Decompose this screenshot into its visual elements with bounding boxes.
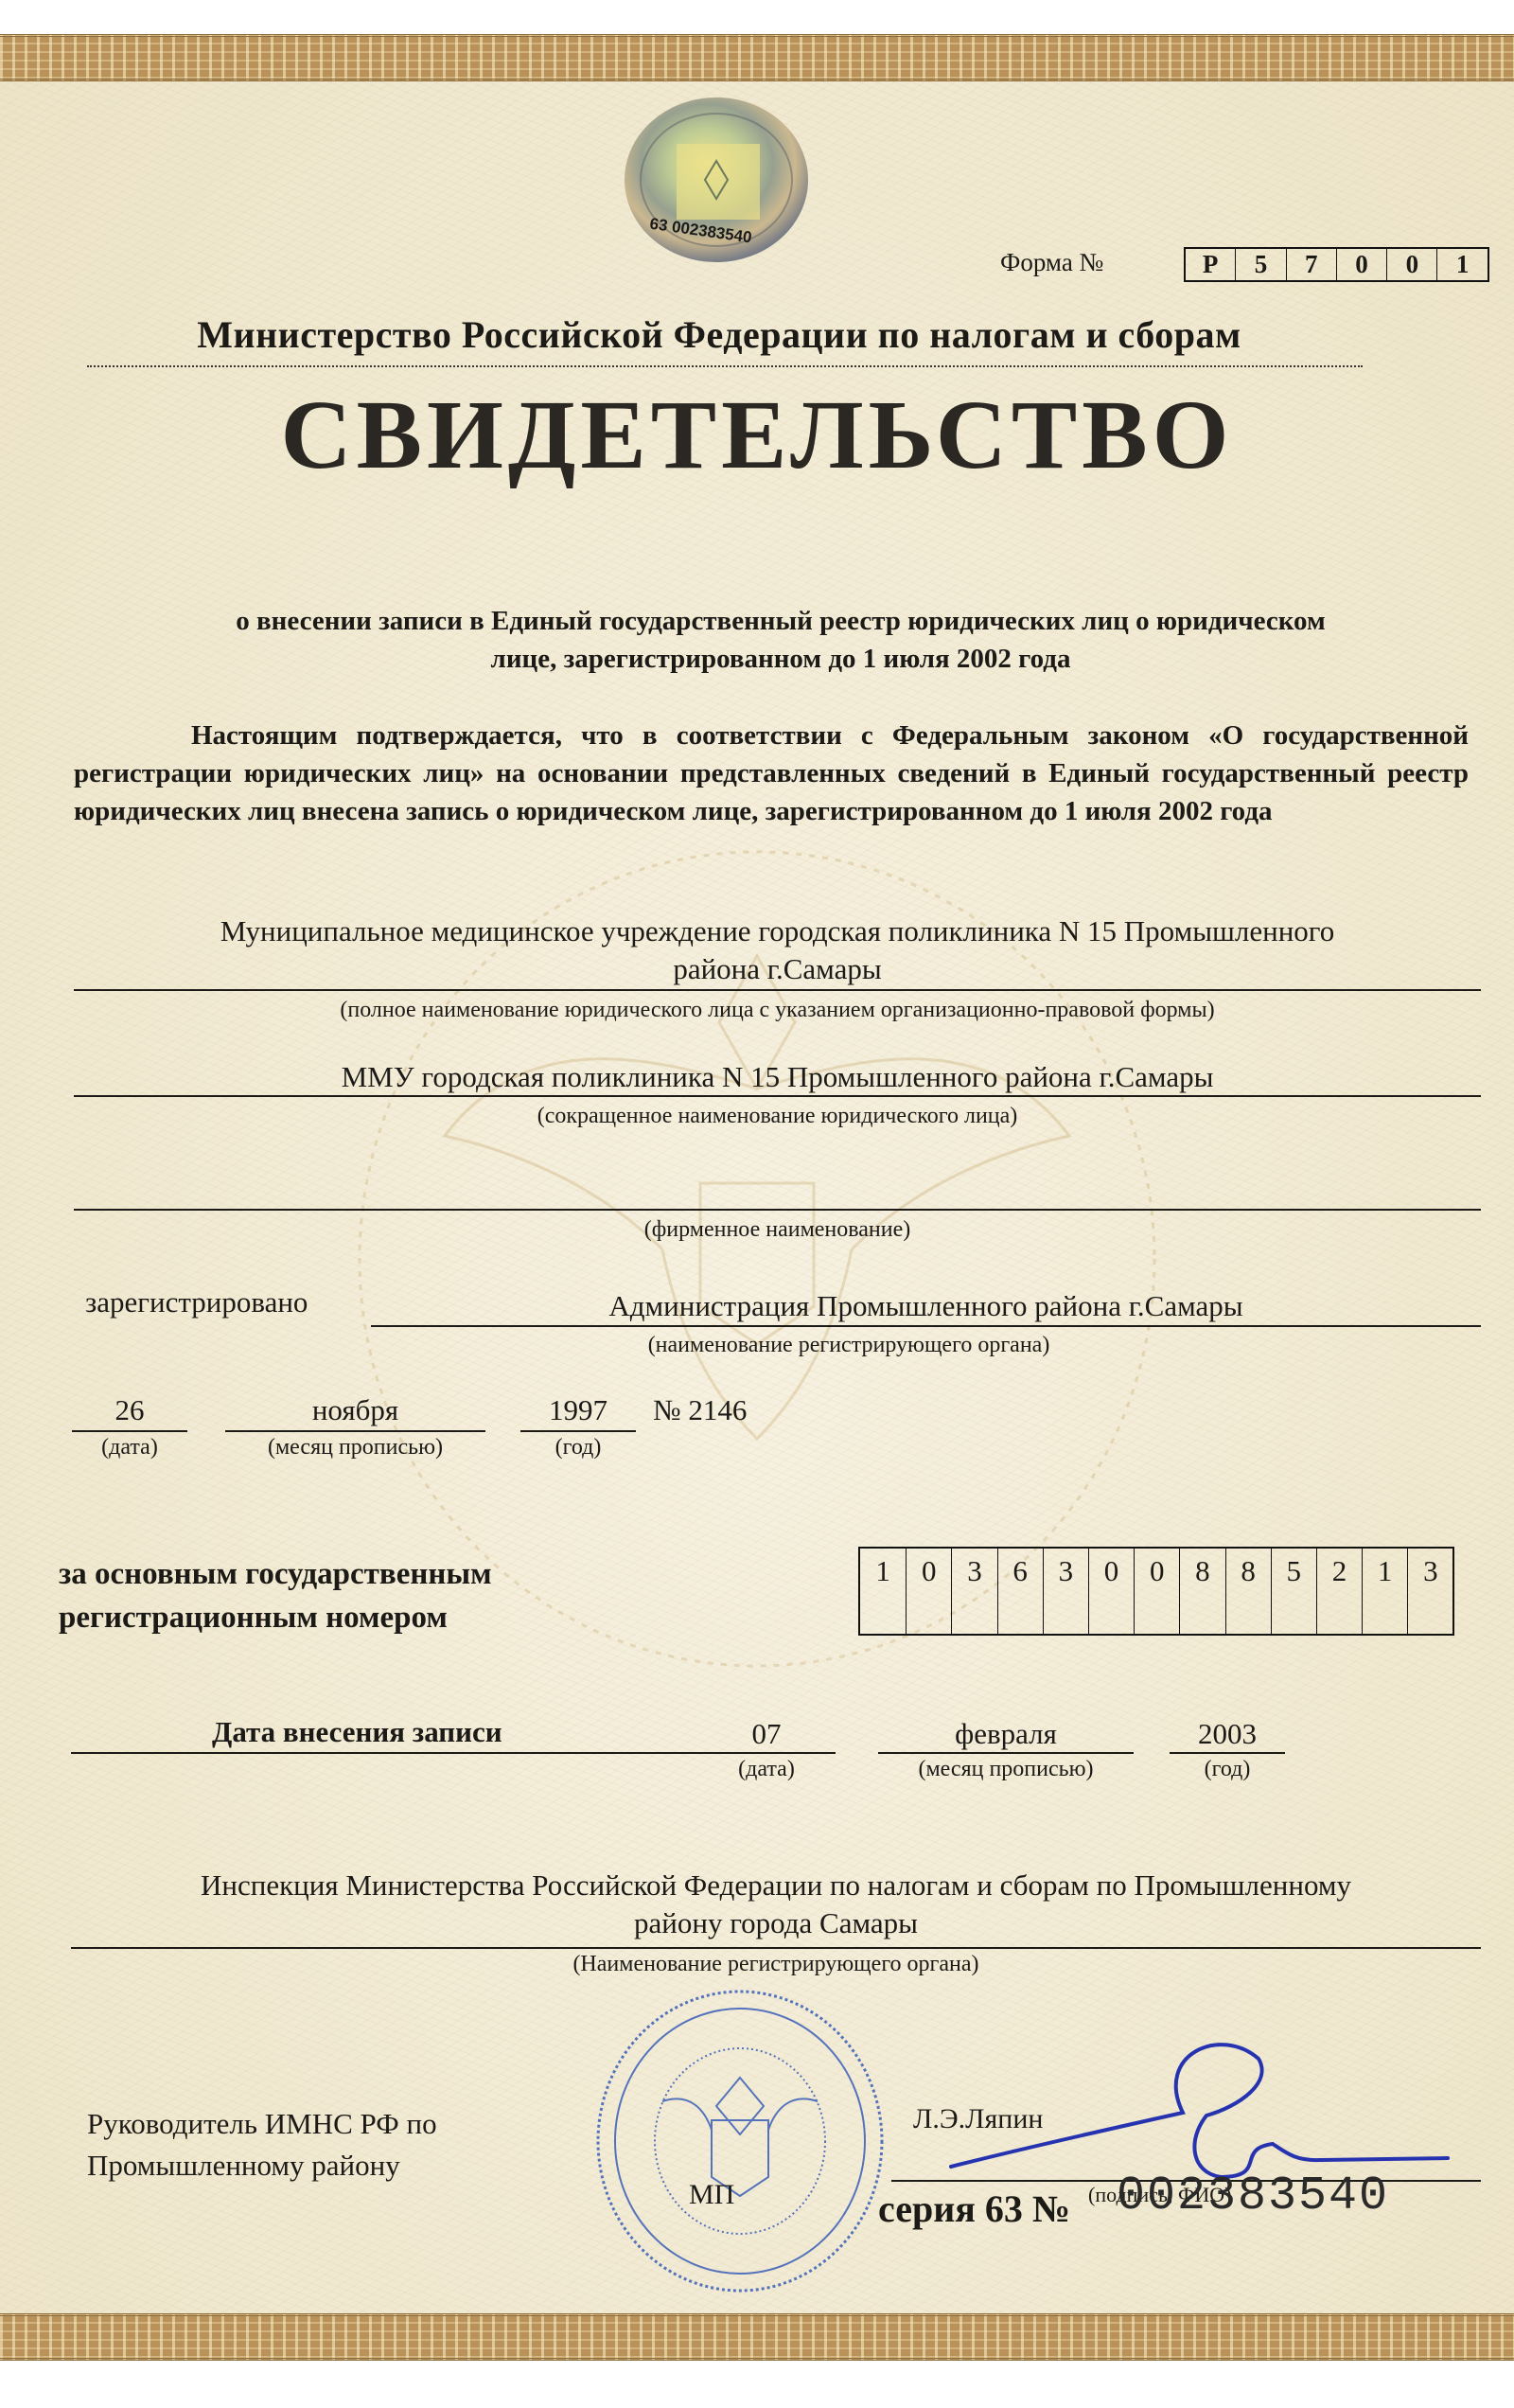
short-name-caption: (сокращенное наименование юридического л… bbox=[74, 1104, 1481, 1129]
short-name-field: ММУ городская поликлиника N 15 Промышлен… bbox=[74, 1058, 1481, 1096]
entry-month-rule bbox=[878, 1752, 1134, 1754]
ministry-heading: Министерство Российской Федерации по нал… bbox=[76, 312, 1363, 357]
ogrn-digit-cell: 0 bbox=[1134, 1549, 1179, 1634]
entry-year-caption: (год) bbox=[1170, 1757, 1285, 1782]
ogrn-digit-cell: 6 bbox=[997, 1549, 1043, 1634]
issuing-authority-caption: (Наименование регистрирующего органа) bbox=[71, 1952, 1481, 1977]
ogrn-label-line: регистрационным номером bbox=[59, 1596, 492, 1639]
entry-month-caption: (месяц прописью) bbox=[878, 1757, 1134, 1782]
certification-statement: Настоящим подтверждается, что в соответс… bbox=[74, 717, 1469, 830]
registration-month-caption: (месяц прописью) bbox=[225, 1435, 485, 1461]
form-number-label: Форма № bbox=[1000, 248, 1103, 277]
top-ornamental-border bbox=[0, 34, 1514, 81]
ogrn-digit-cell: 5 bbox=[1271, 1549, 1316, 1634]
form-code-cell: 5 bbox=[1235, 249, 1285, 280]
ogrn-digit-cell: 1 bbox=[1362, 1549, 1407, 1634]
entry-day-field: 07 bbox=[719, 1715, 814, 1753]
ogrn-digit-cell: 3 bbox=[951, 1549, 996, 1634]
form-number-box: Р 5 7 0 0 1 bbox=[1184, 247, 1489, 282]
registration-number: № 2146 bbox=[653, 1393, 747, 1427]
ogrn-digit-cell: 2 bbox=[1316, 1549, 1362, 1634]
series-label: серия 63 № bbox=[878, 2187, 1070, 2231]
document-title: СВИДЕТЕЛЬСТВО bbox=[0, 379, 1514, 491]
registering-authority-field: Администрация Промышленного района г.Сам… bbox=[371, 1287, 1481, 1325]
brand-name-rule bbox=[74, 1209, 1481, 1211]
registration-day-caption: (дата) bbox=[72, 1435, 187, 1461]
subtitle-line: лице, зарегистрированном до 1 июля 2002 … bbox=[85, 640, 1476, 678]
ministry-underline bbox=[87, 365, 1363, 367]
form-code-cell: 0 bbox=[1386, 249, 1436, 280]
issuing-authority-line: району города Самары bbox=[71, 1904, 1481, 1942]
entry-year-rule bbox=[1170, 1752, 1285, 1754]
ogrn-digit-cell: 8 bbox=[1225, 1549, 1271, 1634]
entry-date-label: Дата внесения записи bbox=[212, 1715, 502, 1749]
registration-day-field: 26 bbox=[72, 1391, 187, 1429]
entry-year-field: 2003 bbox=[1170, 1715, 1285, 1753]
series-number: 002383540 bbox=[1117, 2169, 1389, 2223]
full-name-line: района г.Самары bbox=[74, 950, 1481, 988]
registration-day-rule bbox=[72, 1430, 187, 1432]
form-code-cell: Р bbox=[1186, 249, 1235, 280]
issuing-authority-line: Инспекция Министерства Российской Федера… bbox=[71, 1867, 1481, 1904]
bottom-ornamental-border bbox=[0, 2313, 1514, 2361]
registered-label: зарегистрировано bbox=[85, 1285, 308, 1319]
registration-year-field: 1997 bbox=[520, 1391, 636, 1429]
registration-year-rule bbox=[520, 1430, 636, 1432]
full-name-caption: (полное наименование юридического лица с… bbox=[74, 998, 1481, 1023]
registering-authority-caption: (наименование регистрирующего органа) bbox=[371, 1333, 1327, 1358]
ogrn-label-line: за основным государственным bbox=[59, 1552, 492, 1596]
form-code-cell: 0 bbox=[1336, 249, 1386, 280]
signer-position-line: Руководитель ИМНС РФ по bbox=[87, 2103, 437, 2145]
full-name-rule bbox=[74, 989, 1481, 991]
ogrn-label: за основным государственным регистрацион… bbox=[59, 1552, 492, 1639]
subtitle-line: о внесении записи в Единый государственн… bbox=[85, 602, 1476, 640]
bottom-margin bbox=[0, 2361, 1514, 2408]
form-code-cell: 1 bbox=[1436, 249, 1487, 280]
issuing-authority-field: Инспекция Министерства Российской Федера… bbox=[71, 1867, 1481, 1942]
signer-position-line: Промышленному району bbox=[87, 2145, 437, 2187]
ogrn-digit-cell: 8 bbox=[1179, 1549, 1224, 1634]
certificate-paper bbox=[0, 0, 1514, 2408]
stamp-place-mark: МП bbox=[689, 2179, 734, 2211]
issuing-authority-rule bbox=[71, 1947, 1481, 1949]
registration-month-field: ноября bbox=[225, 1391, 485, 1429]
brand-name-caption: (фирменное наименование) bbox=[74, 1217, 1481, 1243]
signer-name: Л.Э.Ляпин bbox=[913, 2103, 1043, 2135]
signer-position: Руководитель ИМНС РФ по Промышленному ра… bbox=[87, 2103, 437, 2187]
ogrn-digit-cell: 3 bbox=[1407, 1549, 1452, 1634]
top-margin bbox=[0, 0, 1514, 34]
registration-month-rule bbox=[225, 1430, 485, 1432]
ogrn-digit-cell: 0 bbox=[1088, 1549, 1134, 1634]
entry-day-caption: (дата) bbox=[719, 1757, 814, 1782]
full-name-line: Муниципальное медицинское учреждение гор… bbox=[74, 912, 1481, 950]
full-name-field: Муниципальное медицинское учреждение гор… bbox=[74, 912, 1481, 988]
document-subtitle: о внесении записи в Единый государственн… bbox=[85, 602, 1476, 678]
ogrn-digit-cell: 3 bbox=[1043, 1549, 1088, 1634]
registering-authority-rule bbox=[371, 1325, 1481, 1327]
short-name-rule bbox=[74, 1095, 1481, 1097]
entry-month-field: февраля bbox=[878, 1715, 1134, 1753]
ogrn-digit-cell: 1 bbox=[860, 1549, 906, 1634]
form-code-cell: 7 bbox=[1286, 249, 1336, 280]
ogrn-number-box: 1 0 3 6 3 0 0 8 8 5 2 1 3 bbox=[858, 1547, 1454, 1636]
ogrn-digit-cell: 0 bbox=[906, 1549, 951, 1634]
registration-year-caption: (год) bbox=[520, 1435, 636, 1461]
